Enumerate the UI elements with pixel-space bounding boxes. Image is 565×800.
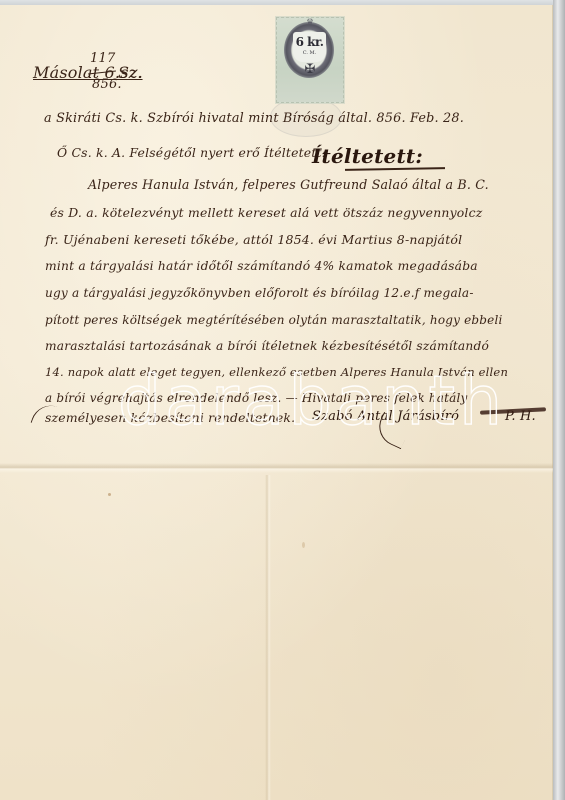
foxing-spot <box>302 542 305 548</box>
heading-underline <box>345 167 445 170</box>
verdict-heading: Ítéltetett: <box>312 144 423 168</box>
text-line: ugy a tárgyalási jegyzőkönyvben előforol… <box>45 286 474 300</box>
text-line: mint a tárgyalási határ időtől számítand… <box>45 259 478 273</box>
vertical-fold-crease <box>265 475 271 800</box>
stamp-currency: C. M. <box>293 50 326 56</box>
text-line: a bírói végrehajtás elrendelendő lesz. —… <box>45 391 468 405</box>
stamp-face: 6 kr. C. M. <box>293 32 326 62</box>
scanner-border-right <box>553 0 565 800</box>
text-line: fr. Ujénabeni kereseti tőkébe, attól 185… <box>45 232 462 247</box>
text-line: marasztalási tartozásának a bírói ítélet… <box>45 339 489 353</box>
reference-number-top: 117 <box>90 51 115 66</box>
crown-icon: ♛ <box>304 19 316 27</box>
text-line: a Skiráti Cs. k. Szbírói hivatal mint Bí… <box>44 111 464 126</box>
foxing-spot <box>108 493 111 496</box>
text-line: személyesen kézbesíteni rendeltetnek. <box>45 410 295 425</box>
reference-suffix: Sz. <box>118 63 143 82</box>
eagle-icon: ✠ <box>301 63 319 77</box>
stamp-value: 6 kr. <box>293 34 326 50</box>
revenue-stamp: ♛ 6 kr. C. M. ✠ <box>276 17 344 103</box>
text-line: és D. a. kötelezvényt mellett kereset al… <box>50 205 482 220</box>
horizontal-fold-crease <box>0 463 553 473</box>
text-line: Alperes Hanula István, felperes Gutfreun… <box>88 177 489 192</box>
text-line: 14. napok alatt eleget tegyen, ellenkező… <box>45 365 508 379</box>
document-page: ♛ 6 kr. C. M. ✠ Másolat 6.sz. 117 856. S… <box>0 5 553 800</box>
text-line: pított peres költségek megtérítésében ol… <box>45 313 503 327</box>
text-line: Ő Cs. k. A. Felségétől nyert erő Ítéltet… <box>57 145 326 160</box>
